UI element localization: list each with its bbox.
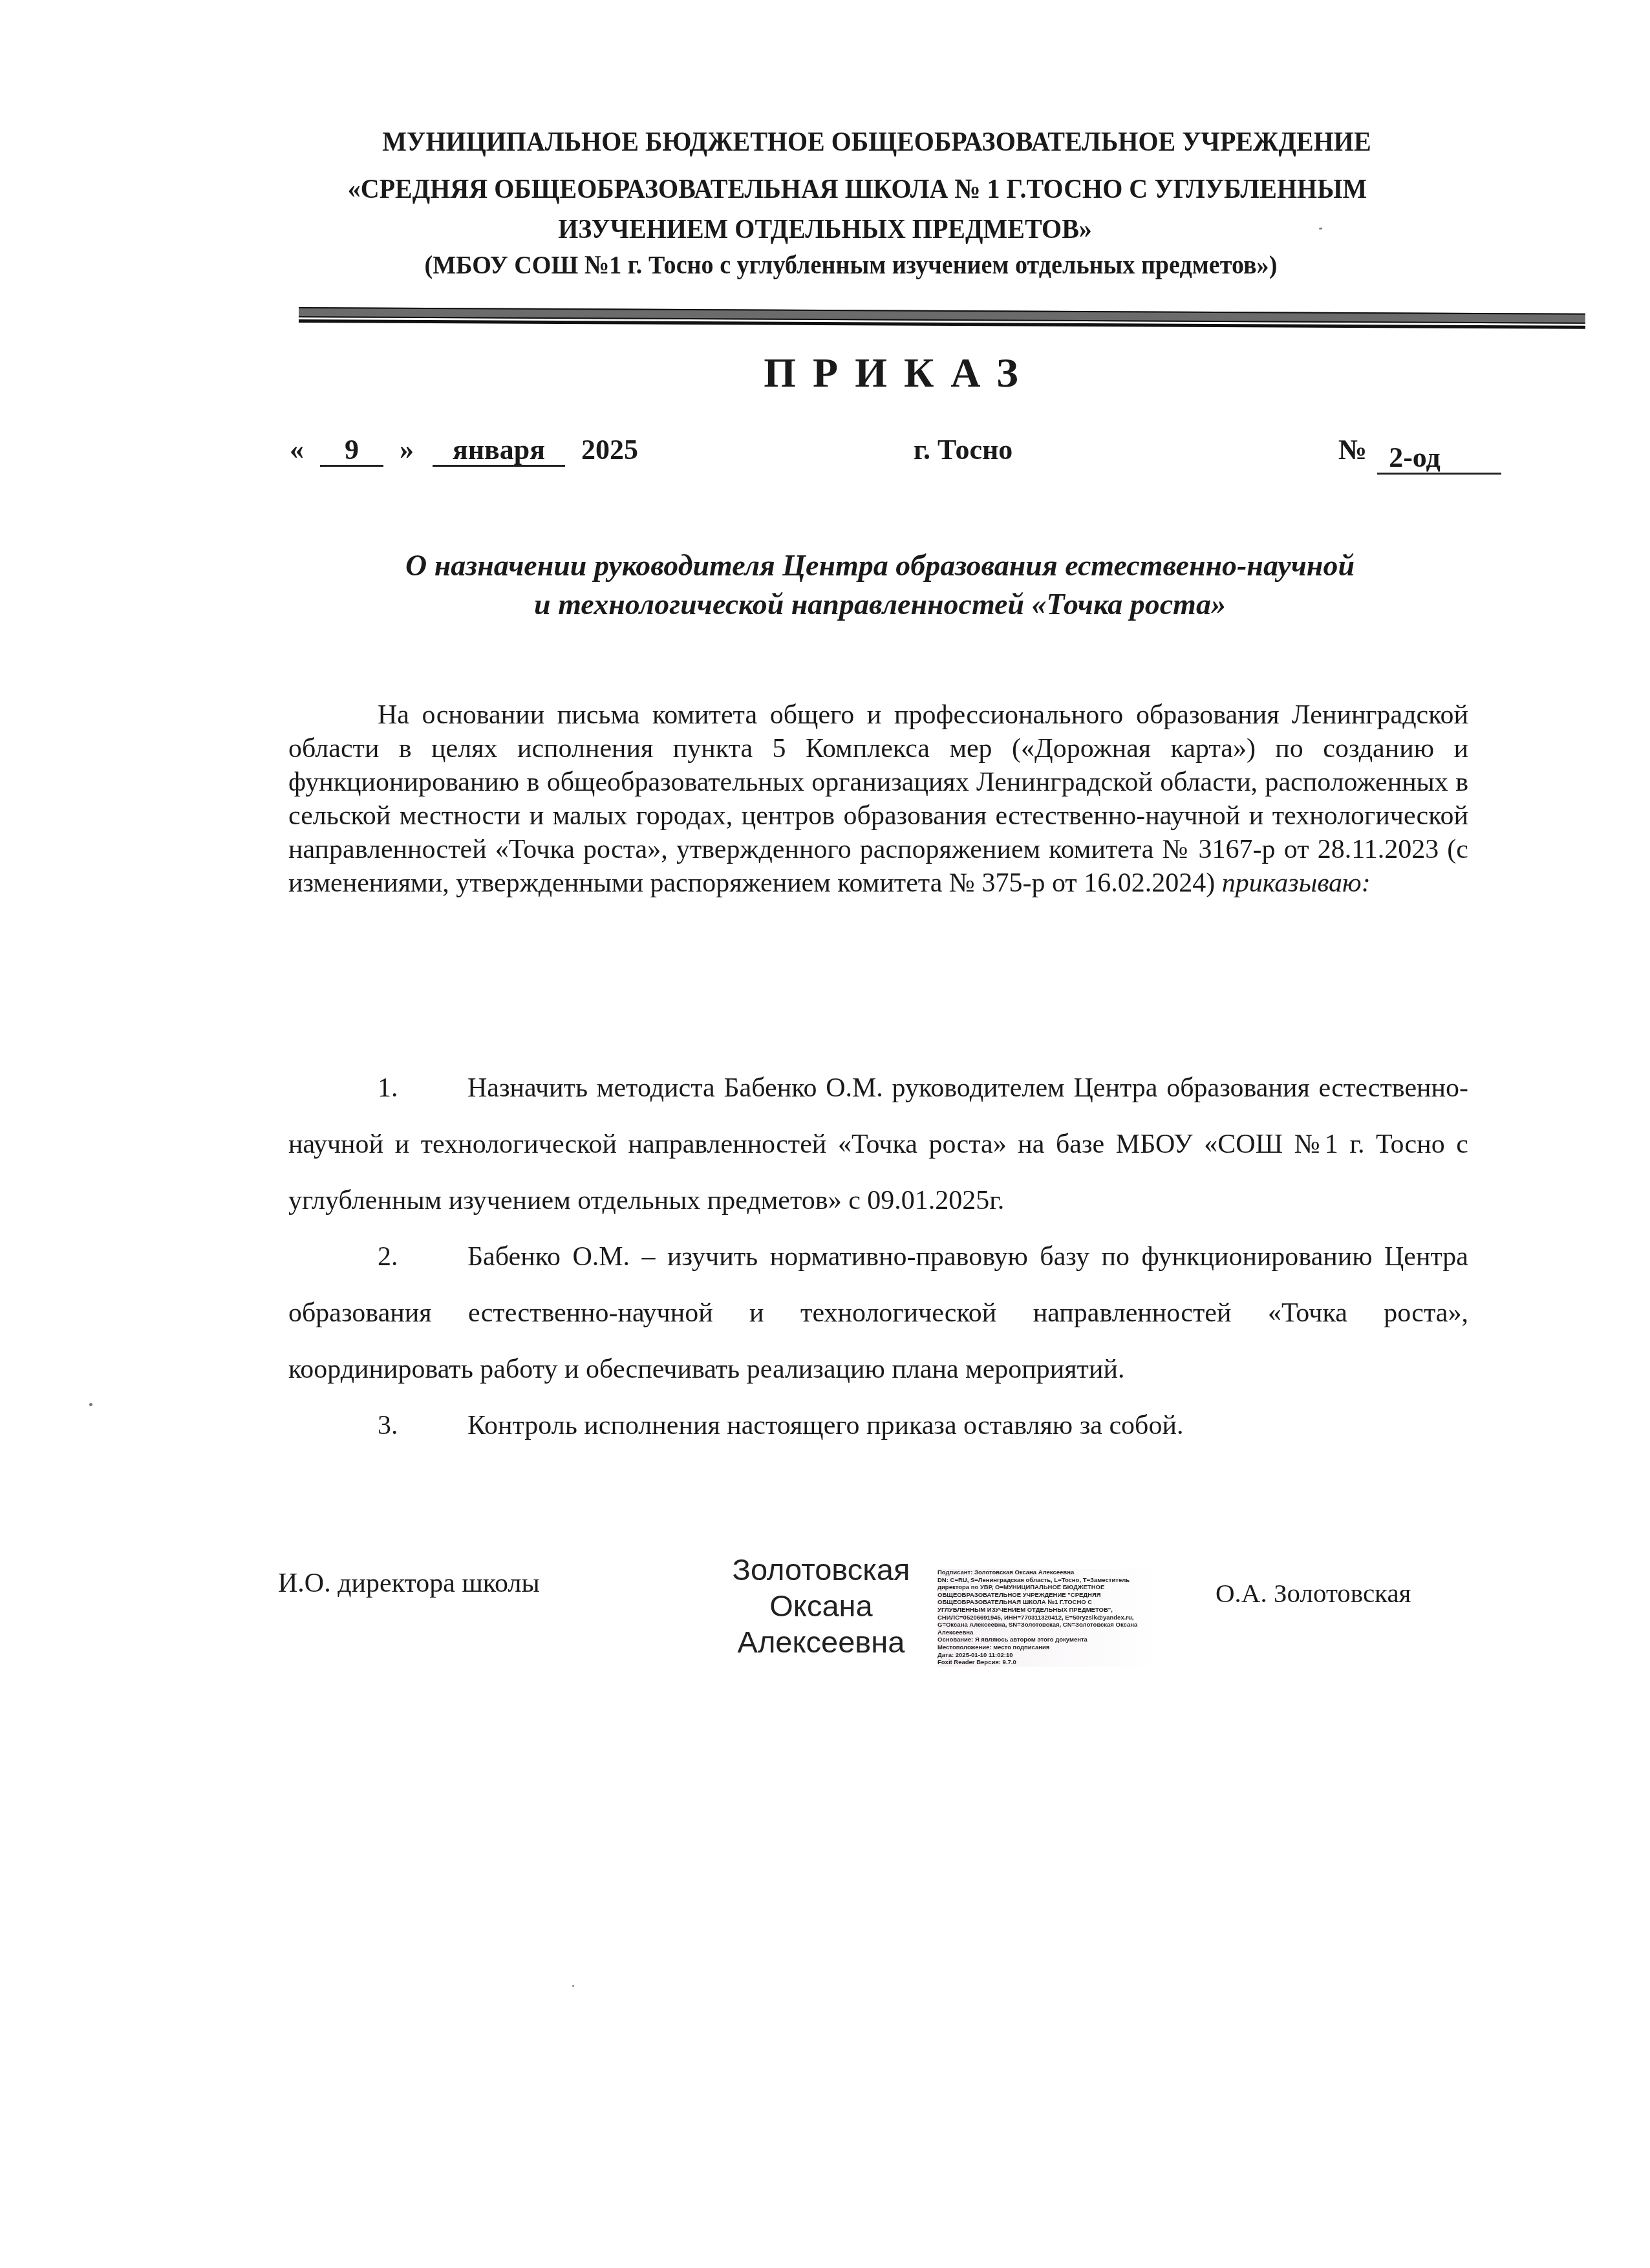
stamp-line: ОБЩЕОБРАЗОВАТЕЛЬНАЯ ШКОЛА №1 Г.ТОСНО С (937, 1599, 1157, 1607)
stamp-line: DN: C=RU, S=Ленинградская область, L=Тос… (937, 1577, 1157, 1585)
order-item: 2.Бабенко О.М. – изучить нормативно-прав… (288, 1229, 1468, 1398)
subject-line-2: и технологической направленностей «Точка… (110, 585, 1650, 624)
preamble-paragraph: На основании письма комитета общего и пр… (288, 698, 1468, 900)
item-text: Контроль исполнения настоящего приказа о… (467, 1411, 1183, 1440)
stamp-line: УГЛУБЛЕННЫМ ИЗУЧЕНИЕМ ОТДЕЛЬНЫХ ПРЕДМЕТО… (937, 1607, 1157, 1614)
scan-speck (89, 1403, 92, 1406)
order-date: « 9 » января 2025 (290, 433, 638, 467)
number-sign: № (1338, 434, 1367, 465)
date-year: 2025 (581, 434, 638, 465)
institution-name-line-1: МУНИЦИПАЛЬНОЕ БЮДЖЕТНОЕ ОБЩЕОБРАЗОВАТЕЛЬ… (109, 126, 1644, 158)
date-open-quote: « (290, 433, 304, 466)
item-number: 2. (378, 1229, 467, 1285)
institution-name-line-2: «СРЕДНЯЯ ОБЩЕОБРАЗОВАТЕЛЬНАЯ ШКОЛА № 1 Г… (90, 173, 1624, 205)
item-number: 3. (378, 1398, 467, 1454)
stamp-line: директора по УВР, O=МУНИЦИПАЛЬНОЕ БЮДЖЕТ… (937, 1584, 1157, 1592)
item-number: 1. (378, 1060, 467, 1117)
stamp-line: Алексеевна (937, 1629, 1157, 1637)
order-item: 3.Контроль исполнения настоящего приказа… (288, 1398, 1468, 1454)
stamp-line: Дата: 2025-01-10 11:02:10 (937, 1652, 1157, 1660)
signer-surname: Золотовская (711, 1552, 931, 1588)
document-title: ПРИКАЗ (0, 349, 1650, 397)
order-item: 1.Назначить методиста Бабенко О.М. руков… (288, 1060, 1468, 1229)
institution-name-line-3: ИЗУЧЕНИЕМ ОТДЕЛЬНЫХ ПРЕДМЕТОВ» (58, 213, 1592, 245)
signer-first-name: Оксана (711, 1588, 931, 1624)
order-items: 1.Назначить методиста Бабенко О.М. руков… (288, 1060, 1468, 1454)
date-month: января (433, 435, 565, 467)
signer-role: И.О. директора школы (278, 1568, 540, 1599)
stamp-line: Местоположение: место подписания (937, 1644, 1157, 1652)
signer-patronymic: Алексеевна (711, 1624, 931, 1660)
stamp-line: G=Оксана Алексеевна, SN=Золотовская, CN=… (937, 1621, 1157, 1629)
date-day: 9 (320, 435, 383, 467)
stamp-line: Подписант: Золотовская Оксана Алексеевна (937, 1569, 1157, 1577)
digital-signature-stamp: Подписант: Золотовская Оксана Алексеевна… (937, 1569, 1157, 1667)
stamp-line: ОБЩЕОБРАЗОВАТЕЛЬНОЕ УЧРЕЖДЕНИЕ "СРЕДНЯЯ (937, 1592, 1157, 1599)
institution-short-name: (МБОУ СОШ №1 г. Тосно с углубленным изуч… (83, 249, 1618, 280)
order-city: г. Тосно (914, 433, 1012, 466)
signer-short-name: О.А. Золотовская (1216, 1578, 1411, 1609)
stamp-line: СНИЛС=05206691945, ИНН=770311320412, E=5… (937, 1614, 1157, 1622)
scan-speck (572, 1985, 574, 1987)
date-close-quote: » (400, 433, 414, 466)
order-number-value: 2-од (1377, 443, 1501, 475)
order-number: №2-од (1338, 433, 1501, 467)
digital-signature-name: Золотовская Оксана Алексеевна (711, 1552, 931, 1660)
stamp-line: Основание: Я являюсь автором этого докум… (937, 1636, 1157, 1644)
scan-speck (1319, 228, 1322, 230)
subject-line-1: О назначении руководителя Центра образов… (110, 546, 1650, 585)
stamp-line: Foxit Reader Версия: 9.7.0 (937, 1659, 1157, 1667)
order-subject: О назначении руководителя Центра образов… (0, 546, 1650, 624)
preamble-directive: приказываю: (1222, 868, 1371, 898)
